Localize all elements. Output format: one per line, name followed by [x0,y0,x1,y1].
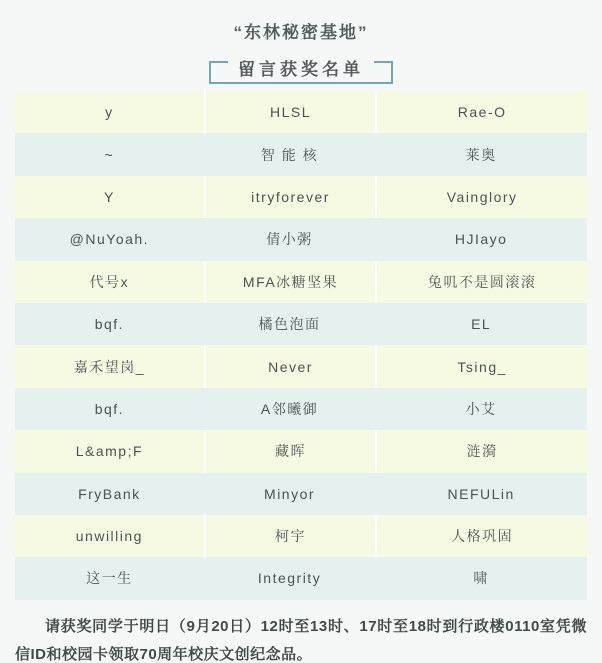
winner-name-cell: Y [15,176,204,218]
winner-name-cell: FryBank [15,473,204,515]
winner-table: yHLSLRae-O~智 能 核莱奥YitryforeverVainglory@… [15,91,587,600]
winner-name-cell: 藏晖 [204,430,376,472]
footer-note: 请获奖同学于明日（9月20日）12时至13时、17时至18时到行政楼0110室凭… [15,613,587,663]
table-row: ~智 能 核莱奥 [15,133,587,175]
winner-name-cell: HLSL [204,91,376,133]
winner-name-cell: Tsing_ [375,345,587,387]
winner-name-cell: 人格巩固 [375,515,587,557]
table-row: 代号xMFA冰糖坚果兔叽不是圆滚滚 [15,261,587,303]
winner-name-cell: 这一生 [15,557,204,599]
page-title: “东林秘密基地” [0,0,602,45]
winner-name-cell: 小艾 [375,388,587,430]
winner-name-cell: Minyor [204,473,376,515]
table-row: bqf.A邻曦御小艾 [15,388,587,430]
announcement-page: “东林秘密基地” 留言获奖名单 yHLSLRae-O~智 能 核莱奥Yitryf… [0,0,602,663]
table-row: 嘉禾望岗_NeverTsing_ [15,345,587,387]
table-row: L&amp;F藏晖涟漪 [15,430,587,472]
winner-name-cell: ~ [15,133,204,175]
winner-name-cell: 嘉禾望岗_ [15,345,204,387]
winner-name-cell: MFA冰糖坚果 [204,261,376,303]
table-row: bqf.橘色泡面EL [15,303,587,345]
winner-name-cell: 涟漪 [375,430,587,472]
winner-name-cell: 莱奥 [375,133,587,175]
winner-name-cell: 橘色泡面 [204,303,376,345]
winner-name-cell: L&amp;F [15,430,204,472]
winner-name-cell: unwilling [15,515,204,557]
winner-name-cell: 智 能 核 [204,133,376,175]
winner-name-cell: 代号x [15,261,204,303]
winner-name-cell: NEFULin [375,473,587,515]
winner-name-cell: 啸 [375,557,587,599]
table-row: YitryforeverVainglory [15,176,587,218]
winner-name-cell: HJIayo [375,218,587,260]
table-row: FryBankMinyorNEFULin [15,473,587,515]
page-subtitle: 留言获奖名单 [211,57,391,82]
winner-name-cell: Never [204,345,376,387]
winner-name-cell: EL [375,303,587,345]
winner-name-cell: bqf. [15,388,204,430]
winner-name-cell: 柯宇 [204,515,376,557]
winner-name-cell: Integrity [204,557,376,599]
winner-name-cell: Vainglory [375,176,587,218]
winner-name-cell: 倩小粥 [204,218,376,260]
winner-name-cell: bqf. [15,303,204,345]
winner-name-cell: A邻曦御 [204,388,376,430]
winner-name-cell: @NuYoah. [15,218,204,260]
table-row: yHLSLRae-O [15,91,587,133]
winner-name-cell: 兔叽不是圆滚滚 [375,261,587,303]
winner-name-cell: itryforever [204,176,376,218]
table-row: 这一生Integrity啸 [15,557,587,599]
winner-name-cell: y [15,91,204,133]
winner-name-cell: Rae-O [375,91,587,133]
table-row: @NuYoah.倩小粥HJIayo [15,218,587,260]
subtitle-box: 留言获奖名单 [209,61,393,84]
table-row: unwilling柯宇人格巩固 [15,515,587,557]
